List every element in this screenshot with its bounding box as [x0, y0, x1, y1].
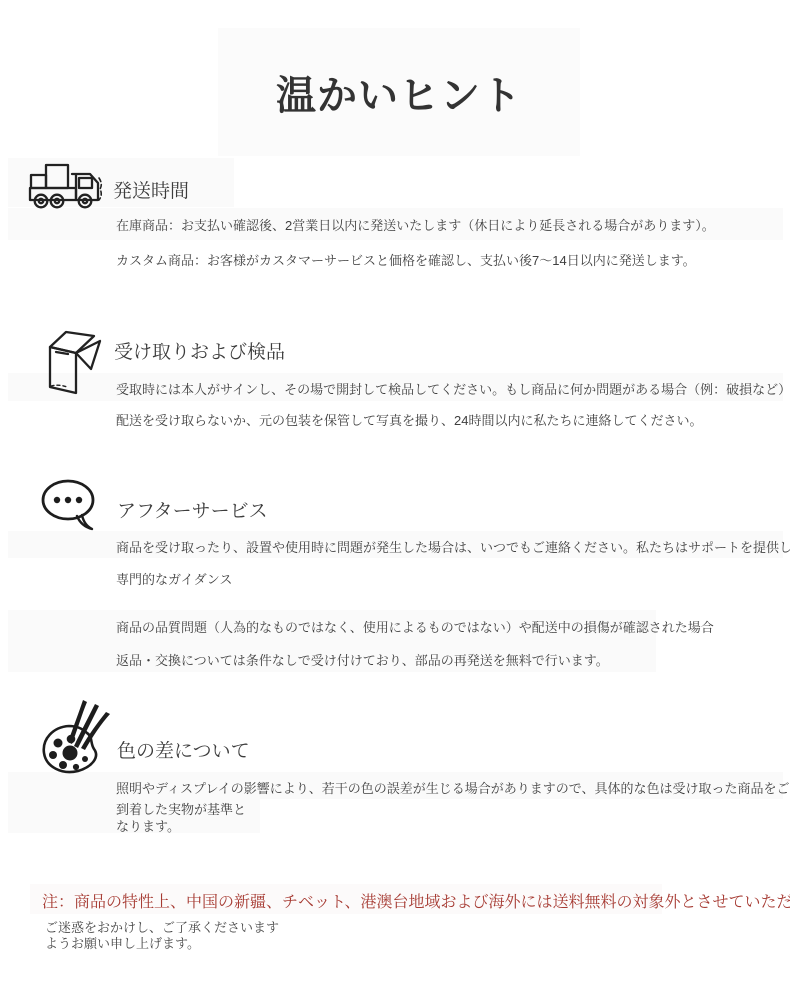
- aftersales-line-returns: 返品・交換については条件なしで受け付けており、部品の再発送を無料で行います。: [116, 650, 609, 669]
- inspection-line-sign: 受取時には本人がサインし、その場で開封して検品してください。もし商品に何か問題が…: [116, 379, 790, 398]
- color-line-lighting: 照明やディスプレイの影響により、若干の色の誤差が生じる場合がありますので、具体的…: [116, 778, 790, 797]
- section-heading-color: 色の差について: [117, 736, 250, 763]
- aftersales-line-quality: 商品の品質問題（人為的なものではなく、使用によるものではない）や配送中の損傷が確…: [116, 617, 714, 636]
- section-heading-aftersales: アフターサービス: [117, 496, 268, 523]
- section-heading-shipping: 発送時間: [113, 176, 189, 203]
- box-icon: [38, 322, 108, 405]
- apology-line-2: ようお願い申し上げます。: [45, 933, 200, 952]
- shipping-line-stock: 在庫商品：お支払い確認後、2営業日以内に発送いたします（休日により延長される場合…: [116, 215, 715, 234]
- inspection-line-refuse: 配送を受け取らないか、元の包装を保管して写真を撮り、24時間以内に私たちに連絡し…: [116, 410, 702, 429]
- palette-icon: [38, 698, 116, 781]
- chat-bubble-icon: [38, 477, 104, 536]
- section-heading-inspection: 受け取りおよび検品: [114, 337, 285, 364]
- truck-icon: [28, 158, 104, 215]
- aftersales-line-guidance: 専門的なガイダンス: [116, 569, 232, 588]
- color-line-actual2: なります。: [116, 816, 180, 835]
- warm-hints-panel: 温かいヒント 発送時間 在庫商品：お支払い確認後、2営業日以内に発送いたします（…: [0, 0, 790, 986]
- shipping-line-custom: カスタム商品：お客様がカスタマーサービスと価格を確認し、支払い後7～14日以内に…: [116, 250, 696, 269]
- shipping-exclusion-note: 注：商品の特性上、中国の新疆、チベット、港澳台地域および海外には送料無料の対象外…: [42, 889, 790, 912]
- aftersales-line-contact: 商品を受け取ったり、設置や使用時に問題が発生した場合は、いつでもご連絡ください。…: [116, 537, 790, 556]
- title-block: 温かいヒント: [218, 28, 580, 156]
- page-title: 温かいヒント: [276, 64, 522, 121]
